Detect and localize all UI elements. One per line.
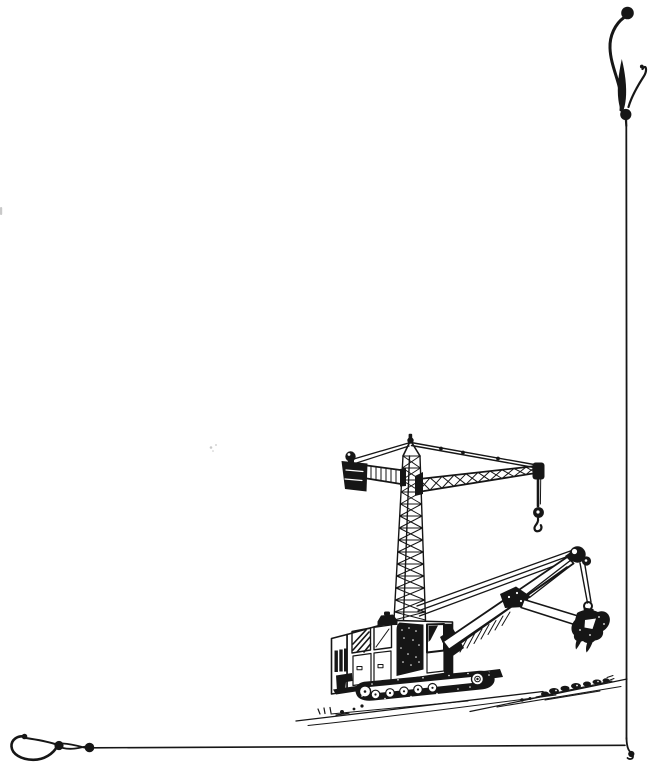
- jib-tie-cables: [411, 443, 534, 468]
- finial-right-curl: [629, 67, 646, 107]
- bottom-rule: [93, 745, 625, 748]
- page: [0, 0, 653, 768]
- tower-crane: [296, 434, 627, 726]
- cable-clamp: [496, 457, 500, 461]
- excavator-boom: [417, 546, 610, 658]
- cable-clamp: [439, 447, 443, 451]
- jib-root: [415, 472, 423, 496]
- counterweight-tie-cables: [352, 443, 409, 464]
- hook-assembly: [533, 480, 544, 532]
- counterweight: [342, 451, 368, 491]
- finial-spear-leaf: [618, 59, 626, 114]
- front-vent-slats: [335, 649, 347, 673]
- clamshell-bucket: [571, 602, 609, 653]
- flourish-cross-strokes: [63, 744, 86, 749]
- bottom-left-flourish: [11, 734, 94, 760]
- top-finial: [610, 7, 646, 126]
- paper-specks: [0, 207, 217, 452]
- flourish-ball-a: [54, 741, 63, 750]
- counter-jib: [342, 443, 410, 492]
- flourish-ball-b: [85, 743, 95, 753]
- flourish-inner-stroke: [26, 738, 55, 744]
- jib-lattice-2: [419, 466, 536, 490]
- jib-chords: [418, 466, 536, 492]
- finial-curl-knob: [640, 65, 644, 69]
- finial-stem-joint: [626, 120, 627, 127]
- corner-comma-dot: [628, 751, 634, 757]
- cable-clamp: [461, 451, 465, 455]
- crane-hook: [535, 519, 542, 532]
- machinery-housing: [397, 623, 424, 677]
- crane-illustration: [0, 0, 653, 768]
- jib: [411, 443, 545, 497]
- bottom-right-corner-curl: [627, 738, 635, 759]
- finial-lower-ball: [620, 109, 631, 120]
- lattice-mast: [394, 434, 426, 620]
- bucket-hoist-lines: [580, 563, 591, 604]
- page-border: [11, 7, 646, 760]
- counter-jib-root: [400, 468, 406, 487]
